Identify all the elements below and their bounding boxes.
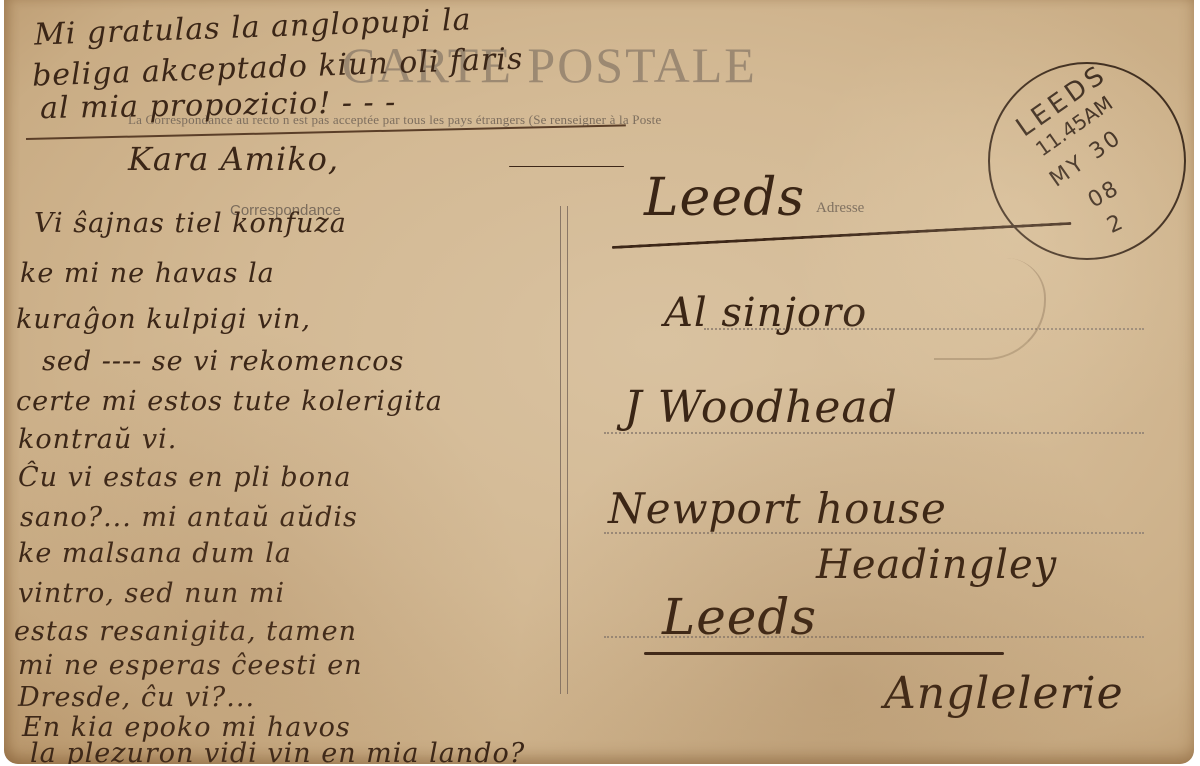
column-divider [560, 206, 568, 694]
address-line-3: Newport house [608, 484, 947, 533]
message-line: estas resanigita, tamen [14, 616, 357, 647]
address-country: Anglelerie [884, 668, 1124, 719]
message-line: vintro, sed nun mi [18, 578, 285, 609]
message-line: Ĉu vi estas en pli bona [18, 462, 351, 493]
message-line: sed ---- se vi rekomencos [42, 346, 404, 377]
paper-crease [934, 258, 1046, 360]
postmark-code: 2 [1103, 210, 1126, 239]
postmark-stamp: LEEDS 11.45AM MY 30 08 2 [988, 62, 1186, 260]
message-line: certe mi estos tute kolerigita [16, 386, 443, 417]
city-underline [644, 652, 1004, 655]
message-line: kuraĝon kulpigi vin, [16, 304, 311, 335]
address-line-5: Leeds [662, 588, 817, 646]
salutation-rule [509, 166, 624, 167]
message-line: Dresde, ĉu vi?... [18, 682, 255, 713]
message-line: la plezuron vidi vin en mia lando? [30, 738, 525, 764]
address-line-4: Headingley [816, 542, 1057, 588]
message-line: mi ne esperas ĉeesti en [18, 650, 363, 681]
message-line: ke mi ne havas la [20, 258, 275, 289]
message-line: Vi ŝajnas tiel konfuza [34, 208, 347, 239]
address-line-2: J Woodhead [624, 382, 898, 433]
message-header-line: al mia propozicio! - - - [40, 85, 397, 126]
message-line: ke malsana dum la [18, 538, 292, 569]
address-label: Adresse [816, 200, 864, 217]
salutation: Kara Amiko, [128, 140, 339, 178]
address-city-header: Leeds [644, 168, 805, 228]
postmark-year: 08 [1084, 176, 1124, 214]
postcard-back: CARTE POSTALE La Correspondance au recto… [4, 0, 1194, 764]
message-line: sano?... mi antaŭ aŭdis [20, 502, 358, 533]
message-line: kontraŭ vi. [18, 424, 177, 455]
address-line-1: Al sinjoro [664, 290, 867, 336]
